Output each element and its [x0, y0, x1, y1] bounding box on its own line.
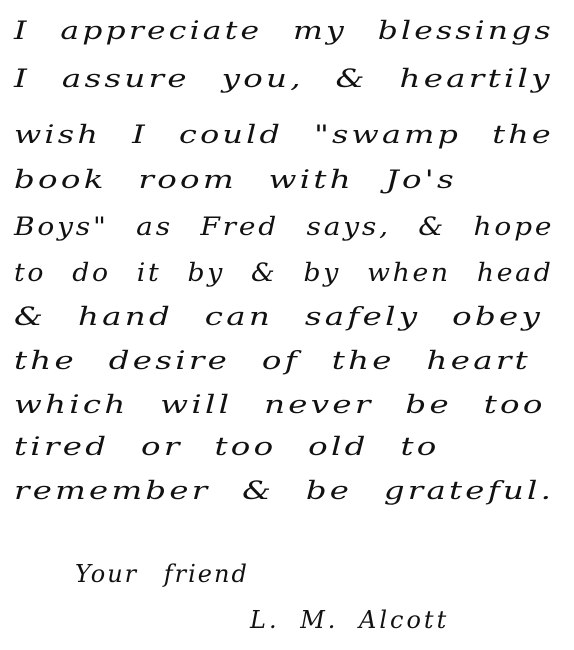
letter-line-1: I appreciate my blessings: [14, 16, 554, 45]
letter-line-8: the desire of the heart: [14, 346, 531, 375]
letter-line-2: I assure you, & heartily: [14, 64, 553, 93]
letter-line-7: & hand can safely obey: [14, 302, 543, 331]
letter-line-9: which will never be too: [14, 390, 546, 419]
letter-signature: L. M. Alcott: [250, 606, 449, 634]
letter-line-6: to do it by & by when head: [14, 258, 553, 287]
letter-closing: Your friend: [75, 560, 249, 588]
letter-page: I appreciate my blessings I assure you, …: [0, 0, 574, 650]
letter-line-4: book room with Jo's: [14, 165, 457, 194]
letter-line-10: tired or too old to: [14, 432, 440, 461]
letter-line-3: wish I could "swamp the: [14, 120, 554, 149]
letter-line-11: remember & be grateful.: [14, 476, 554, 505]
letter-line-5: Boys" as Fred says, & hope: [14, 212, 554, 241]
